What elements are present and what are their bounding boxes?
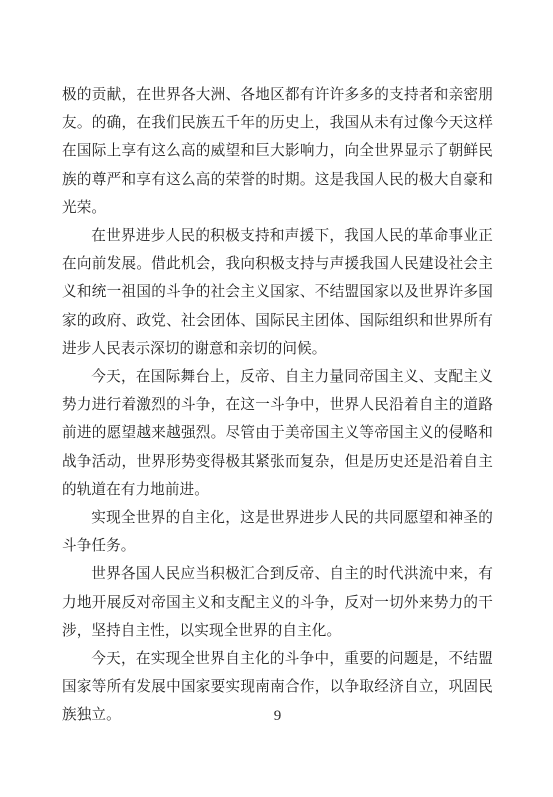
paragraph: 在世界进步人民的积极支持和声援下，我国人民的革命事业正在向前发展。借此机会，我向…	[62, 222, 493, 363]
page-number: 9	[62, 706, 493, 726]
paragraph: 世界各国人民应当积极汇合到反帝、自主的时代洪流中来，有力地开展反对帝国主义和支配…	[62, 560, 493, 645]
paragraph: 实现全世界的自主化，这是世界进步人民的共同愿望和神圣的斗争任务。	[62, 504, 493, 560]
document-page: 极的贡献，在世界各大洲、各地区都有许许多多的支持者和亲密朋友。的确，在我们民族五…	[0, 0, 553, 797]
paragraph: 今天，在国际舞台上，反帝、自主力量同帝国主义、支配主义势力进行着激烈的斗争，在这…	[62, 363, 493, 504]
paragraph-continuation: 极的贡献，在世界各大洲、各地区都有许许多多的支持者和亲密朋友。的确，在我们民族五…	[62, 81, 493, 222]
text-block: 极的贡献，在世界各大洲、各地区都有许许多多的支持者和亲密朋友。的确，在我们民族五…	[62, 81, 493, 730]
